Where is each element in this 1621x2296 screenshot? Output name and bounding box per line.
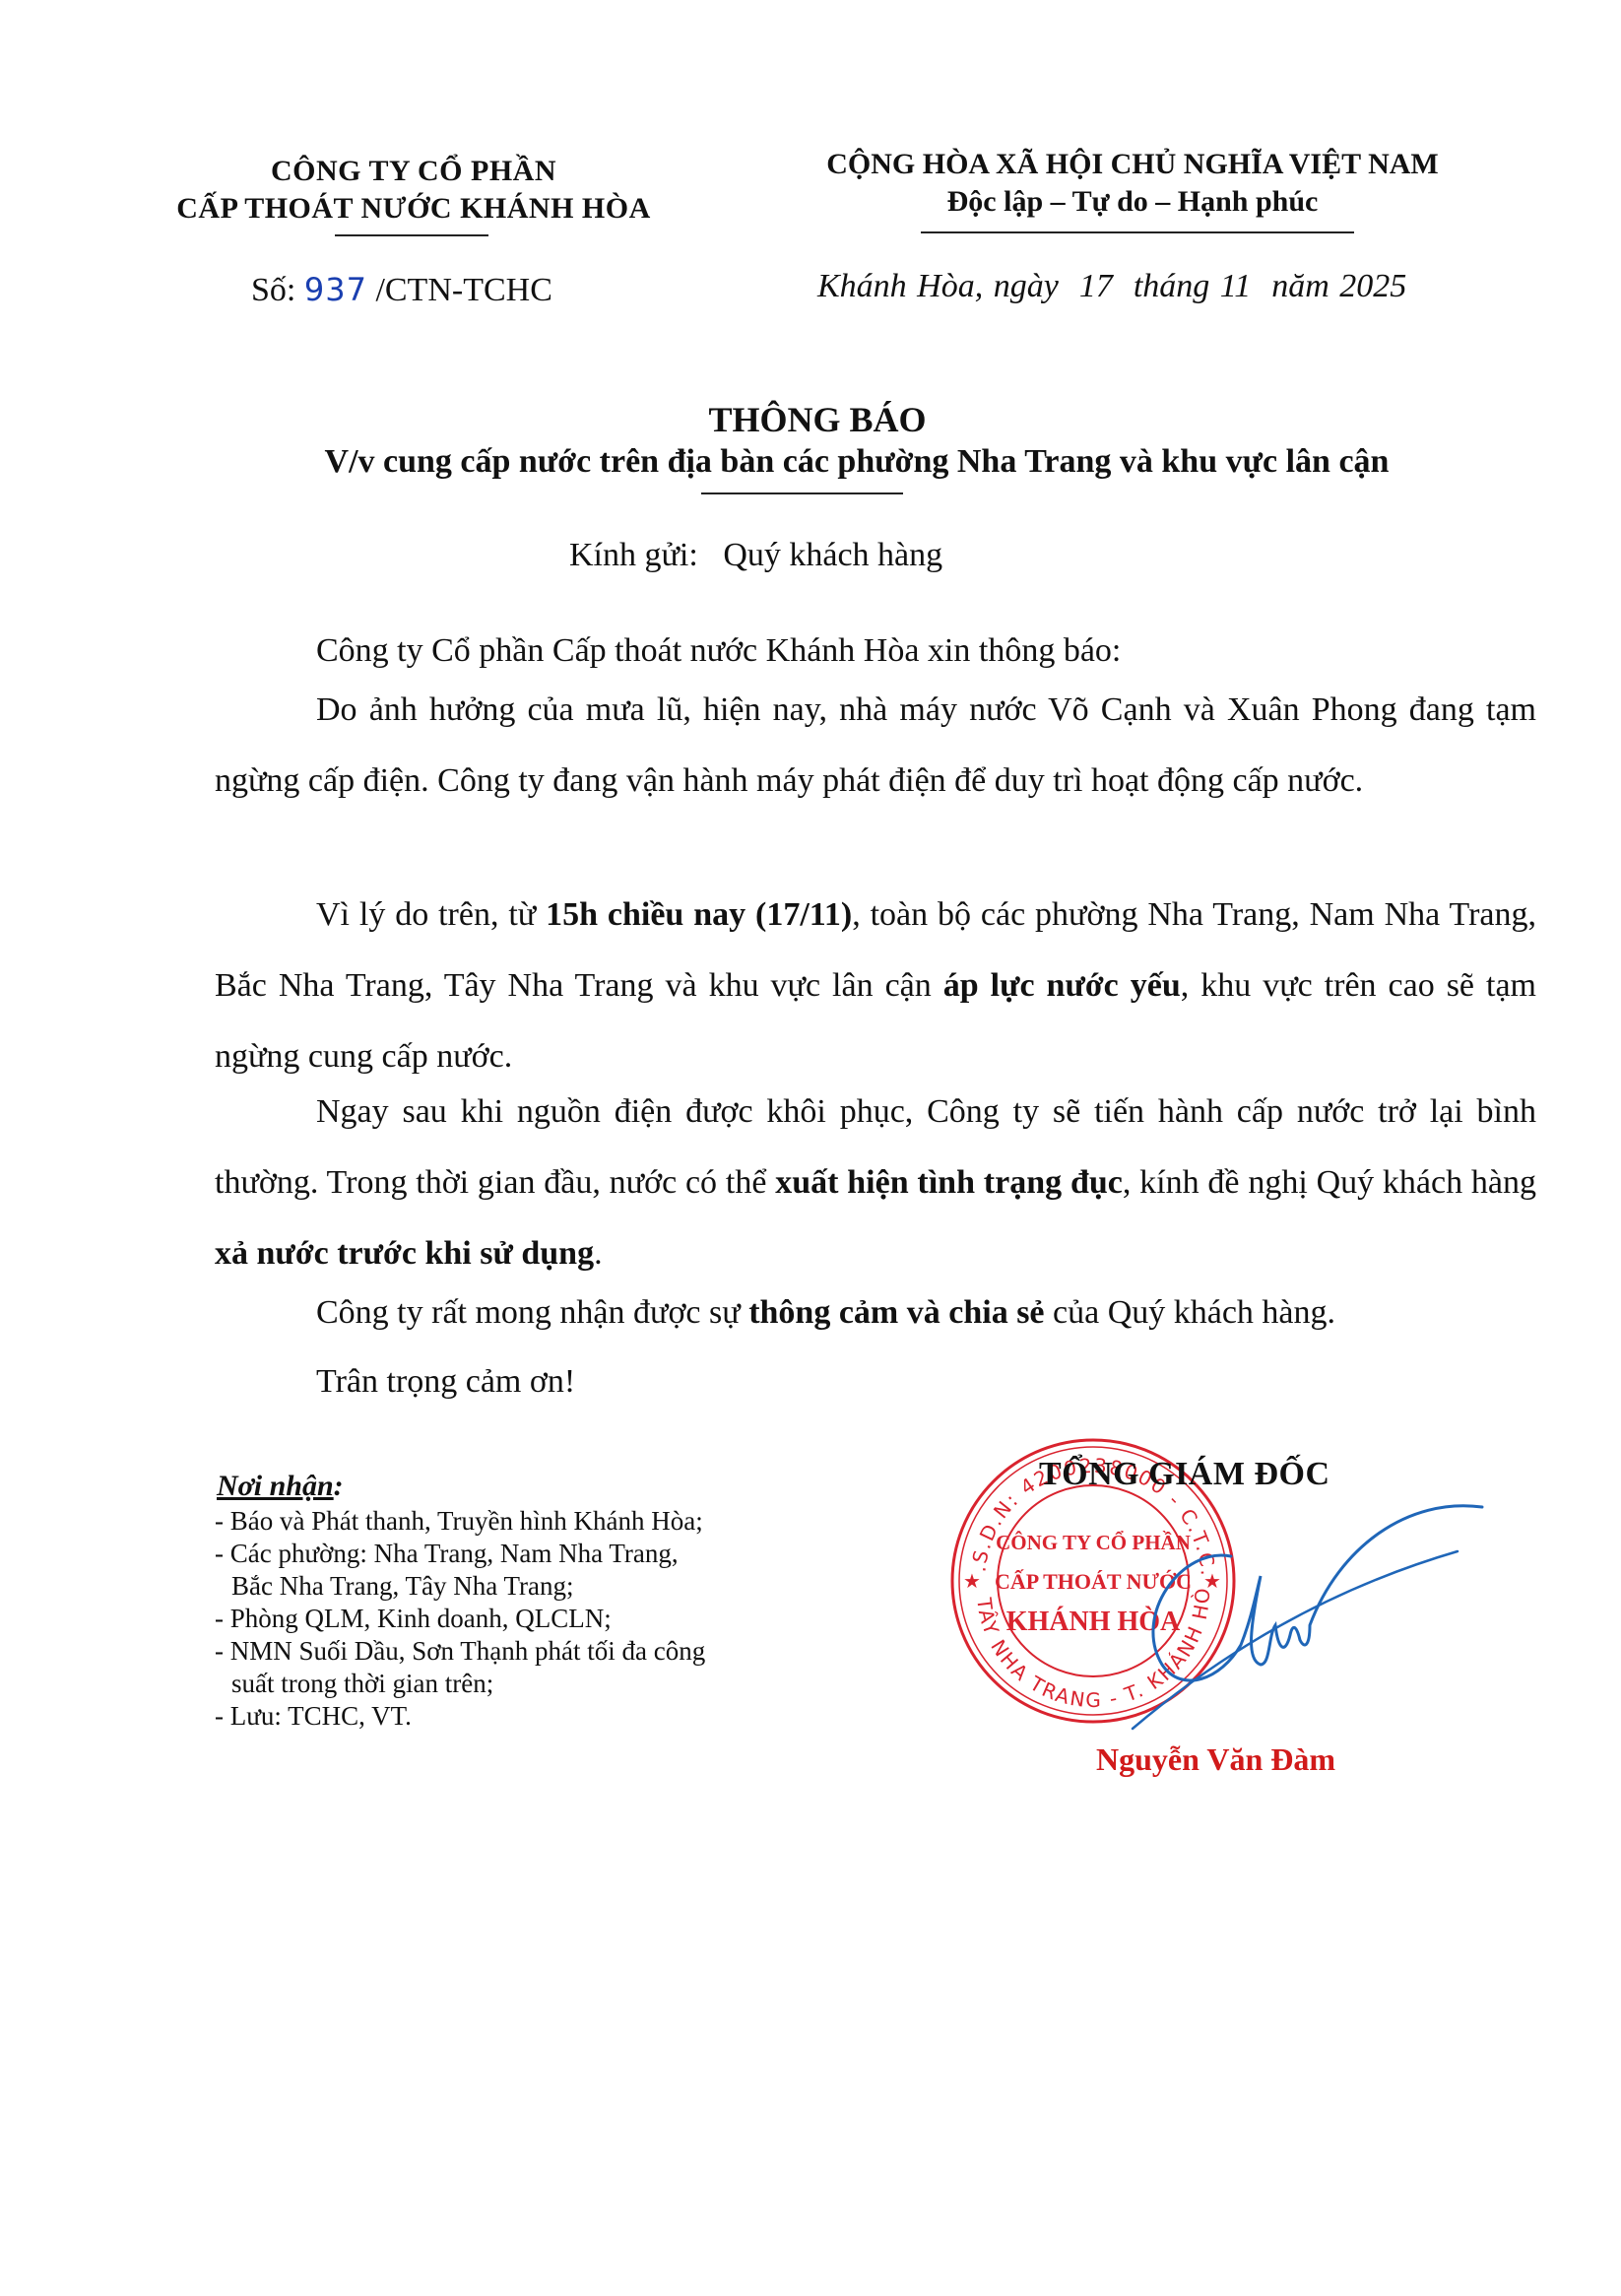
subject-underline bbox=[701, 492, 903, 494]
text-run: , kính đề nghị Quý khách hàng bbox=[1123, 1164, 1536, 1201]
distribution-item: - Phòng QLM, Kinh doanh, QLCLN; bbox=[215, 1603, 845, 1635]
emphasis-time: 15h chiều nay (17/11) bbox=[546, 896, 852, 933]
emphasis-turbidity: xuất hiện tình trạng đục bbox=[775, 1164, 1123, 1201]
distribution-label: Nơi nhận: bbox=[217, 1470, 344, 1503]
text-run: Công ty rất mong nhận được sự bbox=[316, 1294, 748, 1331]
distribution-item-continued: Bắc Nha Trang, Tây Nha Trang; bbox=[215, 1570, 845, 1603]
body-paragraph-4: Ngay sau khi nguồn điện được khôi phục, … bbox=[215, 1077, 1536, 1289]
distribution-label-colon: : bbox=[334, 1470, 344, 1502]
distribution-label-text: Nơi nhận bbox=[217, 1470, 334, 1502]
distribution-item: - Báo và Phát thanh, Truyền hình Khánh H… bbox=[215, 1505, 845, 1538]
distribution-item-continued: suất trong thời gian trên; bbox=[215, 1668, 845, 1700]
emphasis-understanding: thông cảm và chia sẻ bbox=[748, 1294, 1044, 1331]
national-motto: Độc lập – Tự do – Hạnh phúc bbox=[758, 183, 1507, 221]
paragraph-text: Do ảnh hưởng của mưa lũ, hiện nay, nhà m… bbox=[215, 675, 1536, 817]
paragraph-text: Ngay sau khi nguồn điện được khôi phục, … bbox=[215, 1077, 1536, 1289]
distribution-item: - Lưu: TCHC, VT. bbox=[215, 1700, 845, 1733]
motto-underline bbox=[921, 231, 1354, 233]
distribution-list: - Báo và Phát thanh, Truyền hình Khánh H… bbox=[215, 1505, 845, 1733]
organization-header: CÔNG TY CỔ PHẦN CẤP THOÁT NƯỚC KHÁNH HÒA bbox=[158, 153, 670, 228]
body-paragraph-5: Công ty rất mong nhận được sự thông cảm … bbox=[215, 1278, 1536, 1348]
paragraph-text: Vì lý do trên, từ 15h chiều nay (17/11),… bbox=[215, 880, 1536, 1092]
organization-line-2: CẤP THOÁT NƯỚC KHÁNH HÒA bbox=[158, 190, 670, 228]
emphasis-pressure: áp lực nước yếu bbox=[943, 967, 1181, 1004]
body-paragraph-2: Do ảnh hưởng của mưa lũ, hiện nay, nhà m… bbox=[215, 675, 1536, 817]
text-run: . bbox=[594, 1235, 603, 1272]
distribution-item: - NMN Suối Dầu, Sơn Thạnh phát tối đa cô… bbox=[215, 1635, 845, 1668]
handwritten-signature-icon bbox=[1113, 1477, 1487, 1734]
recipient-line: Kính gửi: Quý khách hàng bbox=[569, 537, 942, 574]
document-number-suffix: /CTN-TCHC bbox=[375, 272, 551, 308]
nation-line: CỘNG HÒA XÃ HỘI CHỦ NGHĨA VIỆT NAM bbox=[758, 146, 1507, 183]
document-number-label: Số: bbox=[251, 272, 295, 308]
distribution-item: - Các phường: Nha Trang, Nam Nha Trang, bbox=[215, 1538, 845, 1570]
signer-name: Nguyễn Văn Đàm bbox=[1096, 1741, 1335, 1778]
emphasis-flush-water: xả nước trước khi sử dụng bbox=[215, 1235, 594, 1272]
stamp-star-left-icon: ★ bbox=[963, 1569, 981, 1593]
document-subject: V/v cung cấp nước trên địa bàn các phườn… bbox=[227, 443, 1487, 481]
organization-line-1: CÔNG TY CỔ PHẦN bbox=[158, 153, 670, 190]
organization-underline bbox=[335, 234, 488, 236]
paragraph-text: Trân trọng cảm ơn! bbox=[215, 1346, 1536, 1417]
document-number-value: 937 bbox=[304, 271, 367, 308]
paragraph-text: Công ty rất mong nhận được sự thông cảm … bbox=[215, 1278, 1536, 1348]
document-title: THÔNG BÁO bbox=[197, 399, 1438, 440]
document-date: Khánh Hòa, ngày 17 tháng 11 năm 2025 bbox=[817, 268, 1406, 305]
body-paragraph-closing: Trân trọng cảm ơn! bbox=[215, 1346, 1536, 1417]
text-run: của Quý khách hàng. bbox=[1045, 1294, 1336, 1331]
body-paragraph-3: Vì lý do trên, từ 15h chiều nay (17/11),… bbox=[215, 880, 1536, 1092]
document-number: Số: 937 /CTN-TCHC bbox=[251, 271, 552, 309]
text-run: Vì lý do trên, từ bbox=[316, 896, 546, 933]
national-header: CỘNG HÒA XÃ HỘI CHỦ NGHĨA VIỆT NAM Độc l… bbox=[758, 146, 1507, 221]
